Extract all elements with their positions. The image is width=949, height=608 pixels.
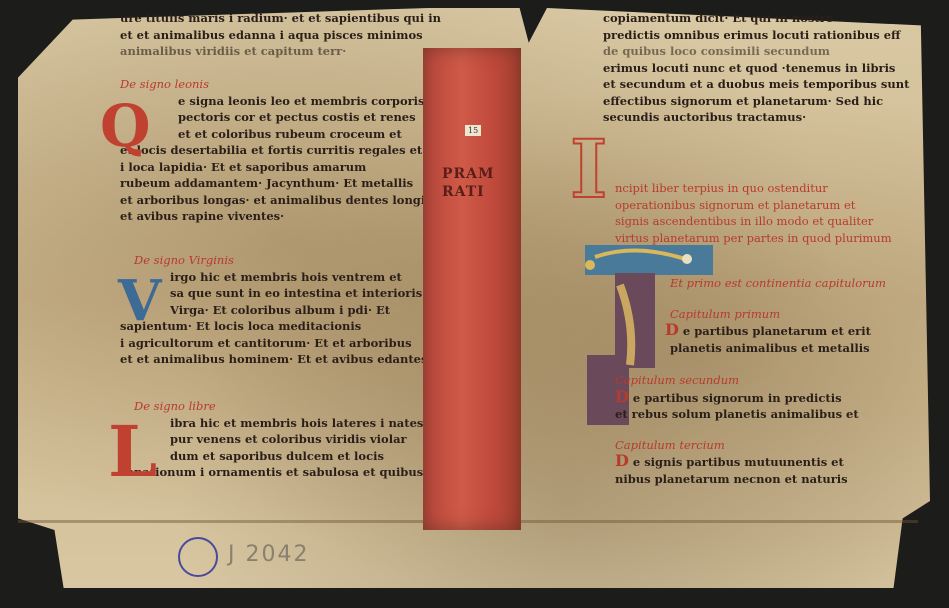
text-line: dum et saporibus dulcem et locis — [170, 448, 425, 465]
chapter-rubric: Capitulum secundum — [615, 372, 925, 389]
text-line: et locis desertabilia et fortis curritis… — [120, 142, 425, 159]
text-line: et et animalibus hominem· Et et avibus e… — [120, 351, 425, 368]
text-line: predictis omnibus erimus locuti rationib… — [603, 27, 923, 44]
text-line: ibra hic et membris hois lateres i nates — [170, 415, 425, 432]
text-line: ure titulis maris i radium· et et sapien… — [120, 10, 480, 27]
text-line: et arboribus longas· et animalibus dente… — [120, 192, 425, 209]
intro-red-text: ncipit liber terpius in quo ostenditur o… — [615, 180, 925, 246]
rubric-heading: De signo Virginis — [120, 252, 425, 269]
text-line: Virga· Et coloribus album i pdi· Et — [170, 302, 425, 319]
text-line: copiamentum dicit· Et qui in nostro — [603, 10, 923, 27]
library-stamp — [178, 537, 218, 577]
text-line: i loca lapidia· Et et saporibus amarum — [120, 159, 425, 176]
text-line: irgo hic et membris hois ventrem et — [170, 269, 425, 286]
text-line: virtus planetarum per partes in quod plu… — [615, 230, 925, 247]
text-line: sa que sunt in eo intestina et interiori… — [170, 285, 425, 302]
rubric-heading: De signo libre — [120, 398, 425, 415]
red-spine-strip — [423, 48, 521, 530]
spine-title: PRAM RATI — [442, 165, 495, 201]
rubric-heading: De signo leonis — [120, 76, 425, 93]
initial-letter-red: L — [108, 410, 157, 493]
text-line: i agricultorum et cantitorum· Et et arbo… — [120, 335, 425, 352]
text-line: erimus locuti nunc et quod ·tenemus in l… — [603, 60, 923, 77]
text-line: e partibus signorum in predictis — [633, 391, 842, 405]
text-line: nibus planetarum necnon et naturis — [615, 471, 925, 488]
chapter-initial: D — [665, 320, 679, 339]
text-line: e signa leonis leo et membris corporis — [178, 93, 425, 110]
text-line: signis ascendentibus in illo modo et qua… — [615, 213, 925, 230]
text-line: et et animalibus edanna i aqua pisces mi… — [120, 27, 480, 44]
text-line: e signis partibus mutuunentis et — [633, 455, 844, 469]
text-line: et rebus solum planetis animalibus et — [615, 406, 925, 423]
section-leo: De signo leonis e signa leonis leo et me… — [120, 76, 425, 225]
text-line: rubeum addamantem· Jacynthum· Et metalli… — [120, 175, 425, 192]
chapter-list: Et primo est continentia capitulorum Cap… — [615, 275, 925, 487]
initial-letter-red: Q — [100, 92, 151, 160]
chapter-rubric: Capitulum tercium — [615, 437, 925, 454]
text-line: venationum i ornamentis et sabulosa et q… — [120, 464, 425, 481]
text-line: operationibus signorum et planetarum et — [615, 197, 925, 214]
section-libra: De signo libre ibra hic et membris hois … — [120, 398, 425, 481]
text-line: secundis auctoribus tractamus· — [603, 109, 923, 126]
text-line: ncipit liber terpius in quo ostenditur — [615, 180, 925, 197]
text-line: sapientum· Et locis loca meditacionis — [120, 318, 425, 335]
spine-number-label: 15 — [465, 125, 481, 136]
shelfmark-pencil: J 2042 — [228, 542, 309, 567]
text-line: et et coloribus rubeum croceum et — [178, 126, 425, 143]
section-virgo: De signo Virginis irgo hic et membris ho… — [120, 252, 425, 368]
contents-rubric: Et primo est continentia capitulorum — [615, 275, 925, 292]
text-line: effectibus signorum et planetarum· Sed h… — [603, 93, 923, 110]
text-line: e partibus planetarum et erit — [683, 324, 871, 338]
chapter-rubric: Capitulum primum — [615, 306, 925, 323]
text-line: pur venens et coloribus viridis violar — [170, 431, 425, 448]
initial-letter-blue: V — [118, 268, 161, 334]
text-line: pectoris cor et pectus costis et renes — [178, 109, 425, 126]
text-line: planetis animalibus et metallis — [615, 340, 925, 357]
initial-letter-red-outline: I — [570, 122, 607, 216]
right-column-top: copiamentum dicit· Et qui in nostro pred… — [603, 10, 923, 126]
text-line: et secundum et a duobus meis temporibus … — [603, 76, 923, 93]
text-line: et avibus rapine viventes· — [120, 208, 425, 225]
chapter-initial: D — [615, 451, 629, 470]
text-line: de quibus loco consimili secundum — [603, 43, 923, 60]
chapter-initial: D — [615, 387, 629, 406]
